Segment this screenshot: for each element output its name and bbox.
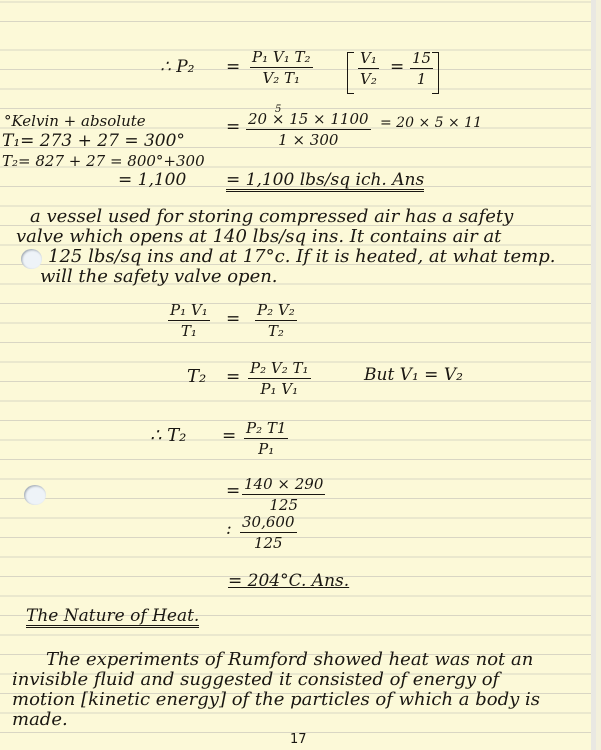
- gas-law-equals: =: [226, 310, 240, 328]
- calc-simplified: = 20 × 5 × 11: [380, 114, 482, 132]
- temperature-answer: = 204°C. Ans.: [228, 572, 349, 590]
- therefore-t2: ∴ T₂: [150, 427, 186, 445]
- pressure-answer: = 1,100 lbs/sq ich. Ans: [226, 171, 424, 192]
- paragraph-line-1: The experiments of Rumford showed heat w…: [46, 651, 533, 669]
- bracket-right: [432, 52, 439, 94]
- ratio-value: 15 1: [410, 48, 433, 89]
- problem-line-4: will the safety valve open.: [40, 268, 278, 286]
- volume-ratio: V₁ V₂: [358, 48, 379, 89]
- t2-equals: =: [226, 368, 240, 386]
- step2-fraction: 30,600 125: [240, 512, 297, 553]
- ratio-value-numerator: 15: [410, 48, 433, 69]
- step1-equals: =: [226, 482, 240, 500]
- t2-fraction: P₂ V₂ T₁ P₁ V₁: [248, 358, 311, 399]
- page-edge: [591, 0, 596, 750]
- gas-law-rhs-denominator: T₂: [268, 321, 284, 341]
- paragraph-line-2: invisible fluid and suggested it consist…: [12, 671, 499, 689]
- pressure-formula: P₁ V₁ T₂ V₂ T₁: [250, 47, 313, 88]
- t2-conversion: T₂= 827 + 27 = 800°+300: [2, 152, 205, 170]
- t2-result: = 1,100: [118, 171, 186, 189]
- t2b-numerator: P₂ T1: [244, 418, 288, 439]
- formula-numerator: P₁ V₁ T₂: [250, 47, 313, 68]
- t2b-denominator: P₁: [258, 439, 274, 459]
- problem-line-1: a vessel used for storing compressed air…: [30, 208, 513, 226]
- step1-numerator: 140 × 290: [242, 474, 325, 495]
- ratio-numerator: V₁: [358, 48, 379, 69]
- paragraph-line-4: made.: [12, 711, 68, 729]
- t2-label: T₂: [187, 368, 206, 386]
- gas-law-rhs-numerator: P₂ V₂: [255, 300, 297, 321]
- step2-denominator: 125: [254, 533, 283, 553]
- calc-equals: =: [226, 118, 240, 136]
- t2b-equals: =: [222, 427, 236, 445]
- gas-law-lhs-denominator: T₁: [181, 321, 197, 341]
- t2-denominator: P₁ V₁: [260, 379, 298, 399]
- ratio-equals: =: [390, 58, 404, 76]
- gas-law-lhs-numerator: P₁ V₁: [168, 300, 210, 321]
- gas-law-rhs: P₂ V₂ T₂: [255, 300, 297, 341]
- t2-numerator: P₂ V₂ T₁: [248, 358, 311, 379]
- therefore-p2: ∴ P₂: [160, 58, 194, 76]
- calc-numerator: 20 × 15 × 1100: [246, 109, 371, 130]
- bracket-left: [347, 52, 354, 94]
- t2b-fraction: P₂ T1 P₁: [244, 418, 288, 459]
- but-note: But V₁ = V₂: [364, 366, 463, 384]
- step1-fraction: 140 × 290 125: [242, 474, 325, 515]
- notebook-page: ∴ P₂ = P₁ V₁ T₂ V₂ T₁ V₁ V₂ = 15 1 °Kelv…: [0, 0, 596, 750]
- paragraph-line-3: motion [kinetic energy] of the particles…: [12, 691, 540, 709]
- gas-law-lhs: P₁ V₁ T₁: [168, 300, 210, 341]
- calc-denominator: 1 × 300: [278, 130, 338, 150]
- punch-hole-top: [21, 249, 42, 269]
- calc-fraction: 20 × 15 × 1100 1 × 300: [246, 109, 371, 150]
- section-heading: The Nature of Heat.: [26, 607, 199, 628]
- ratio-value-denominator: 1: [417, 69, 427, 89]
- kelvin-note: °Kelvin + absolute: [4, 112, 146, 130]
- step2-equals: :: [226, 520, 232, 538]
- t1-conversion: T₁= 273 + 27 = 300°: [2, 132, 185, 150]
- formula-denominator: V₂ T₁: [262, 68, 300, 88]
- problem-line-3: 125 lbs/sq ins and at 17°c. If it is hea…: [48, 248, 555, 266]
- ratio-denominator: V₂: [360, 69, 377, 89]
- punch-hole-bottom: [24, 485, 46, 505]
- page-number: 17: [290, 731, 307, 749]
- equals: =: [226, 58, 240, 76]
- problem-line-2: valve which opens at 140 lbs/sq ins. It …: [16, 228, 501, 246]
- step2-numerator: 30,600: [240, 512, 297, 533]
